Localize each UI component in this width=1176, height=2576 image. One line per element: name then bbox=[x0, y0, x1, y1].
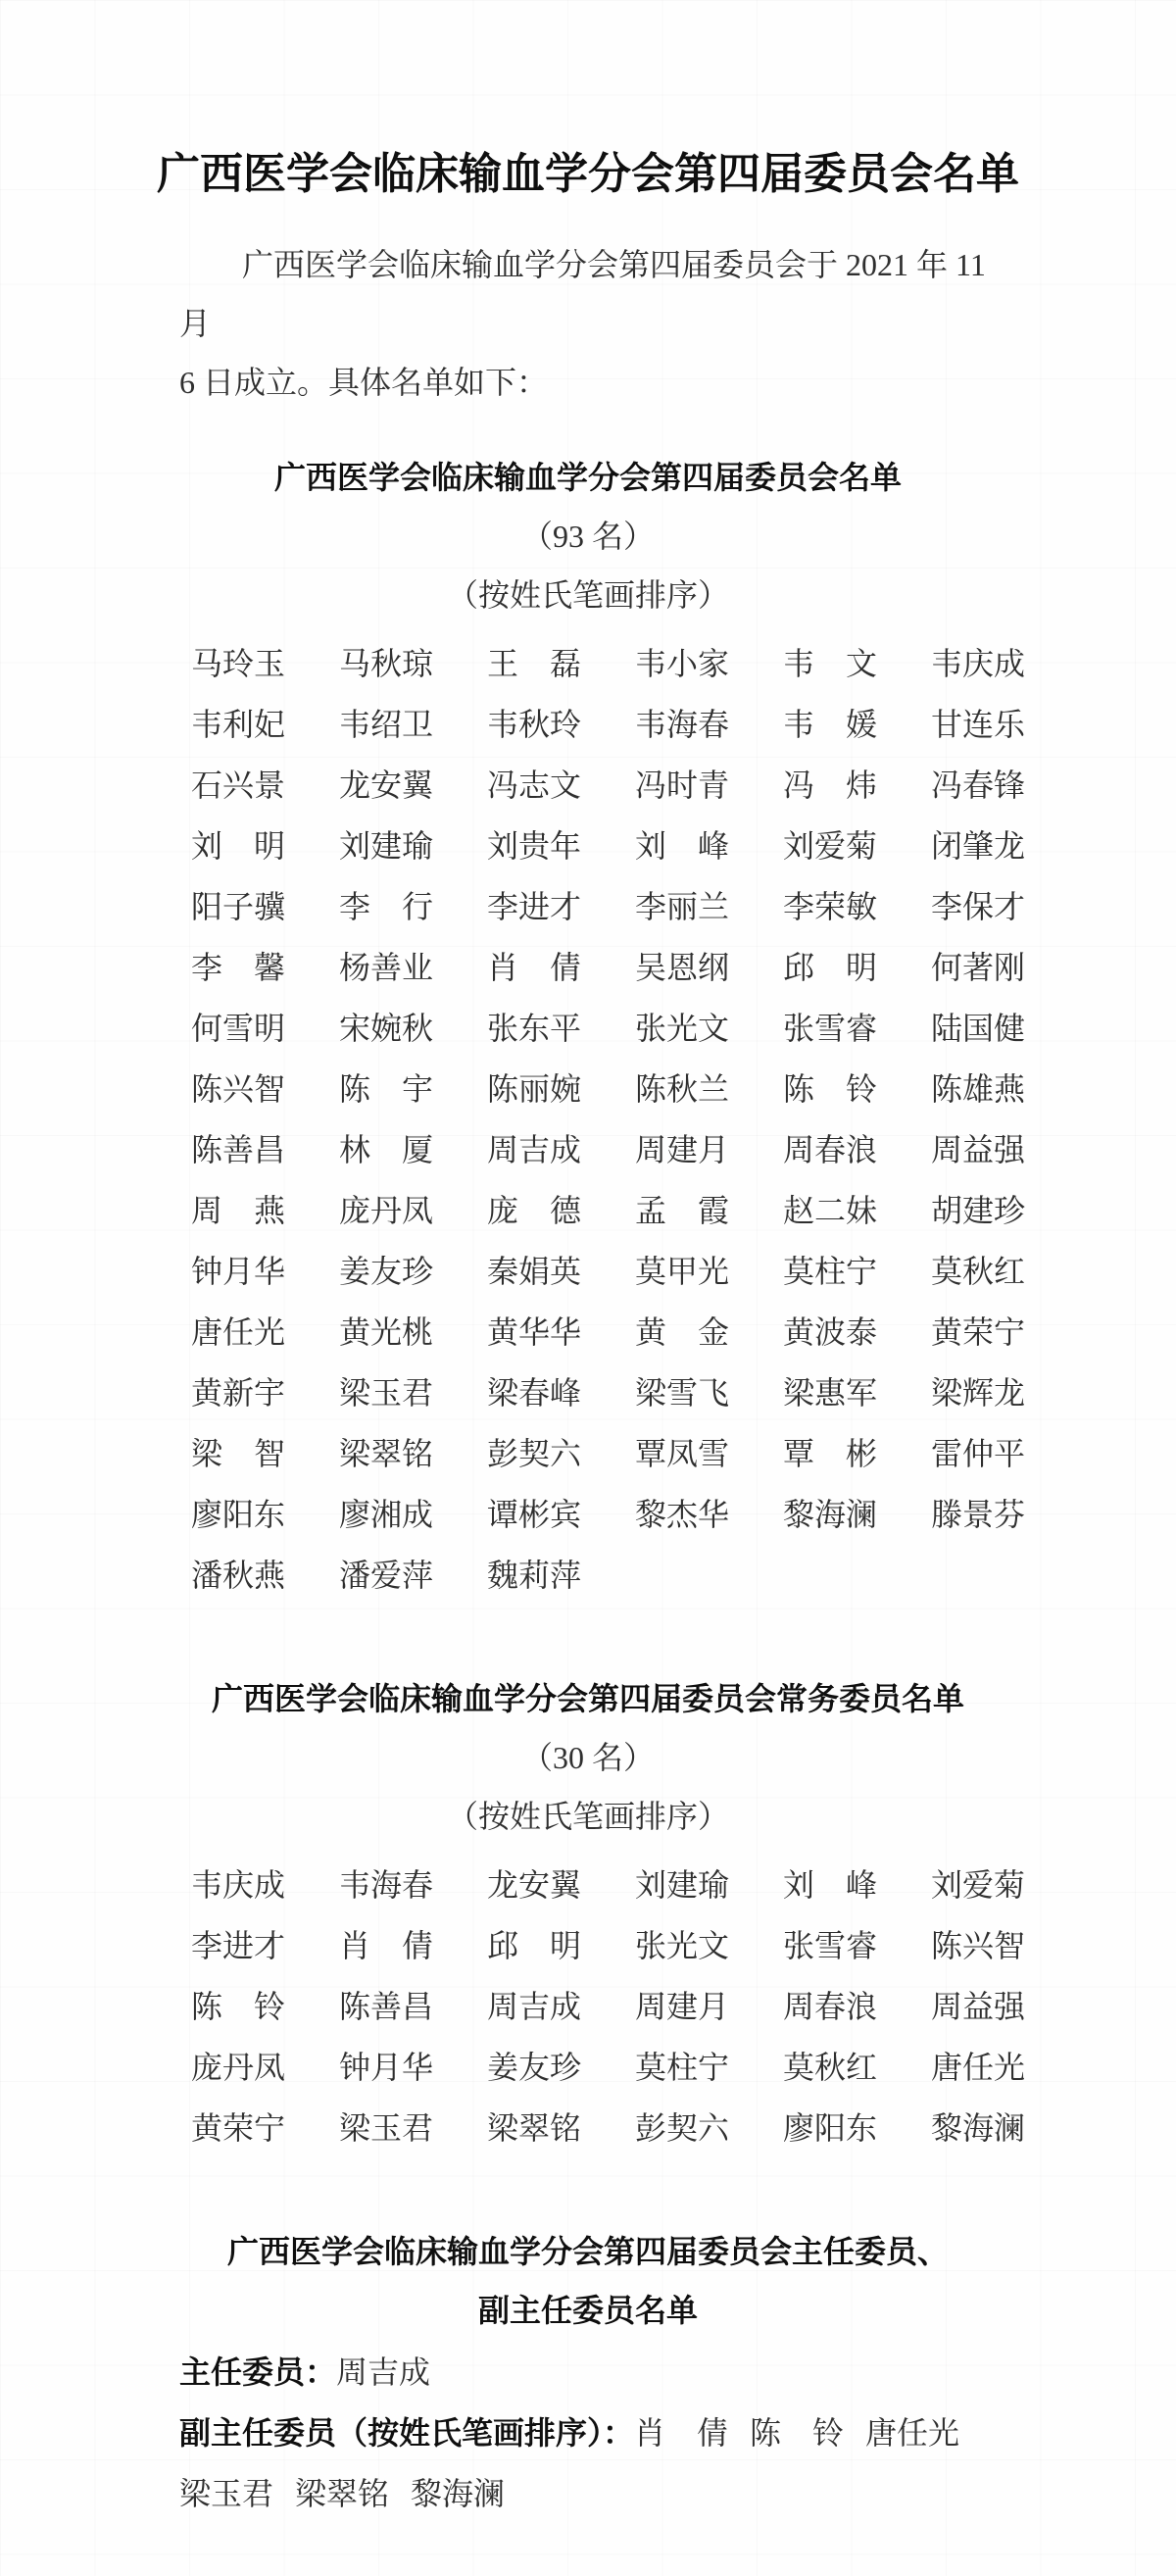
member-name: 周建月 bbox=[635, 1119, 729, 1180]
name-row: 钟月华姜友珍秦娟英莫甲光莫柱宁莫秋红 bbox=[191, 1241, 1024, 1302]
member-name: 陈 宇 bbox=[339, 1059, 433, 1119]
member-name: 莫秋红 bbox=[931, 1241, 1025, 1302]
section-leadership-header: 广西医学会临床输血学分会第四届委员会主任委员、 副主任委员名单 bbox=[0, 2222, 1176, 2340]
member-name: 宋婉秋 bbox=[339, 998, 433, 1059]
member-name: 李 行 bbox=[339, 876, 433, 937]
name-row: 陈善昌林 厦周吉成周建月周春浪周益强 bbox=[191, 1119, 1024, 1180]
member-name: 陈兴智 bbox=[931, 1915, 1025, 1976]
member-name: 黄光桃 bbox=[339, 1302, 433, 1362]
member-count: （30 名） bbox=[0, 1728, 1176, 1787]
name-row: 周 燕庞丹凤庞 德孟 霞赵二妹胡建珍 bbox=[191, 1180, 1024, 1241]
member-name: 周 燕 bbox=[191, 1180, 285, 1241]
member-name: 韦庆成 bbox=[191, 1855, 285, 1915]
member-name: 王 磊 bbox=[487, 633, 581, 694]
member-name: 冯 炜 bbox=[783, 755, 877, 816]
member-name: 龙安翼 bbox=[487, 1855, 581, 1915]
chair-line: 主任委员：周吉成 bbox=[179, 2342, 1078, 2403]
member-name: 陈雄燕 bbox=[931, 1059, 1025, 1119]
member-name: 周建月 bbox=[635, 1976, 729, 2037]
member-name: 胡建珍 bbox=[931, 1180, 1025, 1241]
member-name: 张光文 bbox=[635, 1915, 729, 1976]
member-name: 廖湘成 bbox=[339, 1484, 433, 1545]
member-name: 陈善昌 bbox=[339, 1976, 433, 2037]
member-name: 韦庆成 bbox=[931, 633, 1025, 694]
member-name: 陈秋兰 bbox=[635, 1059, 729, 1119]
member-name: 刘贵年 bbox=[487, 816, 581, 876]
member-name: 梁翠铭 bbox=[487, 2098, 581, 2158]
member-name: 魏莉萍 bbox=[487, 1545, 581, 1606]
member-name: 梁玉君 bbox=[339, 1362, 433, 1423]
name-row: 唐任光黄光桃黄华华黄 金黄波泰黄荣宁 bbox=[191, 1302, 1024, 1362]
member-name: 韦 文 bbox=[783, 633, 877, 694]
member-name: 阳子骥 bbox=[191, 876, 285, 937]
name-row: 石兴景龙安翼冯志文冯时青冯 炜冯春锋 bbox=[191, 755, 1024, 816]
section-heading-line-1: 广西医学会临床输血学分会第四届委员会主任委员、 bbox=[0, 2222, 1176, 2281]
section-heading: 广西医学会临床输血学分会第四届委员会常务委员名单 bbox=[0, 1669, 1176, 1728]
member-name: 石兴景 bbox=[191, 755, 285, 816]
vice-chair-label: 副主任委员（按姓氏笔画排序）： bbox=[179, 2415, 634, 2451]
member-name: 韦利妃 bbox=[191, 694, 285, 755]
name-row: 韦庆成韦海春龙安翼刘建瑜刘 峰刘爱菊 bbox=[191, 1855, 1024, 1915]
member-name: 周益强 bbox=[931, 1976, 1025, 2037]
member-name: 钟月华 bbox=[339, 2037, 433, 2098]
name-row: 何雪明宋婉秋张东平张光文张雪睿陆国健 bbox=[191, 998, 1024, 1059]
name-row: 阳子骥李 行李进才李丽兰李荣敏李保才 bbox=[191, 876, 1024, 937]
member-name: 张雪睿 bbox=[783, 1915, 877, 1976]
member-name: 黄波泰 bbox=[783, 1302, 877, 1362]
member-name: 梁翠铭 bbox=[339, 1423, 433, 1484]
member-name: 肖 倩 bbox=[339, 1915, 433, 1976]
member-name: 陈 铃 bbox=[783, 1059, 877, 1119]
member-name: 彭契六 bbox=[487, 1423, 581, 1484]
member-name: 潘秋燕 bbox=[191, 1545, 285, 1606]
member-name: 肖 倩 bbox=[634, 2403, 728, 2463]
member-name: 吴恩纲 bbox=[635, 937, 729, 998]
member-name: 甘连乐 bbox=[931, 694, 1025, 755]
member-name: 张东平 bbox=[487, 998, 581, 1059]
member-name: 韦秋玲 bbox=[487, 694, 581, 755]
member-name: 滕景芬 bbox=[931, 1484, 1025, 1545]
name-row: 潘秋燕潘爱萍魏莉萍 bbox=[191, 1545, 1024, 1606]
member-name: 龙安翼 bbox=[339, 755, 433, 816]
member-name: 陈兴智 bbox=[191, 1059, 285, 1119]
member-name: 廖阳东 bbox=[191, 1484, 285, 1545]
member-name: 梁雪飞 bbox=[635, 1362, 729, 1423]
member-name: 刘爱菊 bbox=[783, 816, 877, 876]
section-heading: 广西医学会临床输血学分会第四届委员会名单 bbox=[0, 448, 1176, 507]
member-name: 何著刚 bbox=[931, 937, 1025, 998]
member-name: 梁翠铭 bbox=[295, 2463, 389, 2524]
member-name: 冯志文 bbox=[487, 755, 581, 816]
member-name: 梁 智 bbox=[191, 1423, 285, 1484]
member-name: 唐任光 bbox=[931, 2037, 1025, 2098]
section-full-committee-header: 广西医学会临床输血学分会第四届委员会名单 （93 名） （按姓氏笔画排序） bbox=[0, 448, 1176, 624]
member-name: 姜友珍 bbox=[339, 1241, 433, 1302]
member-name: 刘建瑜 bbox=[635, 1855, 729, 1915]
member-name: 肖 倩 bbox=[487, 937, 581, 998]
chair-name: 周吉成 bbox=[336, 2354, 430, 2390]
member-name: 孟 霞 bbox=[635, 1180, 729, 1241]
member-name: 庞丹凤 bbox=[339, 1180, 433, 1241]
member-name: 庞 德 bbox=[487, 1180, 581, 1241]
member-name: 莫柱宁 bbox=[635, 2037, 729, 2098]
member-name: 闭肇龙 bbox=[931, 816, 1025, 876]
member-name: 冯时青 bbox=[635, 755, 729, 816]
member-name: 刘 明 bbox=[191, 816, 285, 876]
name-row: 陈兴智陈 宇陈丽婉陈秋兰陈 铃陈雄燕 bbox=[191, 1059, 1024, 1119]
member-name: 赵二妹 bbox=[783, 1180, 877, 1241]
member-name: 李保才 bbox=[931, 876, 1025, 937]
member-name: 梁惠军 bbox=[783, 1362, 877, 1423]
member-name: 黎海澜 bbox=[931, 2098, 1025, 2158]
member-name: 刘建瑜 bbox=[339, 816, 433, 876]
member-name: 李进才 bbox=[191, 1915, 285, 1976]
leadership-block: 主任委员：周吉成 副主任委员（按姓氏笔画排序）：肖 倩陈 铃唐任光 梁玉君梁翠铭… bbox=[179, 2342, 1078, 2524]
member-name: 黄华华 bbox=[487, 1302, 581, 1362]
section-standing-committee-header: 广西医学会临床输血学分会第四届委员会常务委员名单 （30 名） （按姓氏笔画排序… bbox=[0, 1669, 1176, 1846]
member-name: 覃凤雪 bbox=[635, 1423, 729, 1484]
member-name: 陆国健 bbox=[931, 998, 1025, 1059]
member-name: 陈 铃 bbox=[750, 2403, 844, 2463]
member-name: 李进才 bbox=[487, 876, 581, 937]
member-name: 黎海澜 bbox=[783, 1484, 877, 1545]
member-name: 韦绍卫 bbox=[339, 694, 433, 755]
member-name: 韦小家 bbox=[635, 633, 729, 694]
member-name: 陈善昌 bbox=[191, 1119, 285, 1180]
member-name: 李丽兰 bbox=[635, 876, 729, 937]
name-row: 刘 明刘建瑜刘贵年刘 峰刘爱菊闭肇龙 bbox=[191, 816, 1024, 876]
member-name: 莫甲光 bbox=[635, 1241, 729, 1302]
member-name: 周春浪 bbox=[783, 1119, 877, 1180]
member-name: 韦海春 bbox=[635, 694, 729, 755]
member-name: 张光文 bbox=[635, 998, 729, 1059]
name-row: 黄新宇梁玉君梁春峰梁雪飞梁惠军梁辉龙 bbox=[191, 1362, 1024, 1423]
member-name: 冯春锋 bbox=[931, 755, 1025, 816]
member-name: 周春浪 bbox=[783, 1976, 877, 2037]
vice-chair-names-2: 梁玉君梁翠铭黎海澜 bbox=[179, 2463, 505, 2524]
member-name: 何雪明 bbox=[191, 998, 285, 1059]
sort-note: （按姓氏笔画排序） bbox=[0, 566, 1176, 624]
name-row: 庞丹凤钟月华姜友珍莫柱宁莫秋红唐任光 bbox=[191, 2037, 1024, 2098]
member-name: 张雪睿 bbox=[783, 998, 877, 1059]
member-count: （93 名） bbox=[0, 507, 1176, 566]
member-name: 林 厦 bbox=[339, 1119, 433, 1180]
member-name: 杨善业 bbox=[339, 937, 433, 998]
member-name: 马玲玉 bbox=[191, 633, 285, 694]
member-name: 梁春峰 bbox=[487, 1362, 581, 1423]
member-name: 马秋琼 bbox=[339, 633, 433, 694]
member-name: 周吉成 bbox=[487, 1976, 581, 2037]
member-name: 潘爱萍 bbox=[339, 1545, 433, 1606]
vice-chair-names-1: 肖 倩陈 铃唐任光 bbox=[634, 2403, 959, 2463]
intro-line-1: 广西医学会临床输血学分会第四届委员会于 2021 年 11 月 bbox=[179, 235, 997, 353]
member-name: 梁玉君 bbox=[179, 2463, 273, 2524]
member-name: 彭契六 bbox=[635, 2098, 729, 2158]
name-row: 李进才肖 倩邱 明张光文张雪睿陈兴智 bbox=[191, 1915, 1024, 1976]
intro-paragraph: 广西医学会临床输血学分会第四届委员会于 2021 年 11 月 6 日成立。具体… bbox=[179, 235, 997, 412]
name-row: 陈 铃陈善昌周吉成周建月周春浪周益强 bbox=[191, 1976, 1024, 2037]
sort-note: （按姓氏笔画排序） bbox=[0, 1787, 1176, 1846]
member-name: 刘 峰 bbox=[635, 816, 729, 876]
member-name: 李 馨 bbox=[191, 937, 285, 998]
page-title: 广西医学会临床输血学分会第四届委员会名单 bbox=[0, 153, 1176, 196]
member-name: 邱 明 bbox=[783, 937, 877, 998]
member-name: 周益强 bbox=[931, 1119, 1025, 1180]
name-row: 黄荣宁梁玉君梁翠铭彭契六廖阳东黎海澜 bbox=[191, 2098, 1024, 2158]
chair-label: 主任委员： bbox=[179, 2354, 336, 2390]
member-name: 陈 铃 bbox=[191, 1976, 285, 2037]
standing-committee-name-grid: 韦庆成韦海春龙安翼刘建瑜刘 峰刘爱菊李进才肖 倩邱 明张光文张雪睿陈兴智陈 铃陈… bbox=[191, 1855, 1024, 2158]
member-name: 莫柱宁 bbox=[783, 1241, 877, 1302]
member-name: 黄荣宁 bbox=[191, 2098, 285, 2158]
intro-line-2: 6 日成立。具体名单如下： bbox=[179, 365, 548, 400]
member-name: 李荣敏 bbox=[783, 876, 877, 937]
member-name: 周吉成 bbox=[487, 1119, 581, 1180]
member-name: 韦海春 bbox=[339, 1855, 433, 1915]
member-name: 钟月华 bbox=[191, 1241, 285, 1302]
member-name: 姜友珍 bbox=[487, 2037, 581, 2098]
member-name: 黄新宇 bbox=[191, 1362, 285, 1423]
member-name: 黄 金 bbox=[635, 1302, 729, 1362]
member-name: 秦娟英 bbox=[487, 1241, 581, 1302]
name-row: 李 馨杨善业肖 倩吴恩纲邱 明何著刚 bbox=[191, 937, 1024, 998]
member-name: 韦 媛 bbox=[783, 694, 877, 755]
member-name: 廖阳东 bbox=[783, 2098, 877, 2158]
member-name: 黄荣宁 bbox=[931, 1302, 1025, 1362]
member-name: 唐任光 bbox=[191, 1302, 285, 1362]
name-row: 韦利妃韦绍卫韦秋玲韦海春韦 媛甘连乐 bbox=[191, 694, 1024, 755]
member-name: 覃 彬 bbox=[783, 1423, 877, 1484]
vice-chair-line-1: 副主任委员（按姓氏笔画排序）：肖 倩陈 铃唐任光 bbox=[179, 2403, 1078, 2463]
full-committee-name-grid: 马玲玉马秋琼王 磊韦小家韦 文韦庆成韦利妃韦绍卫韦秋玲韦海春韦 媛甘连乐石兴景龙… bbox=[191, 633, 1024, 1606]
member-name: 陈丽婉 bbox=[487, 1059, 581, 1119]
section-heading-line-2: 副主任委员名单 bbox=[0, 2281, 1176, 2340]
member-name: 唐任光 bbox=[865, 2403, 959, 2463]
member-name: 雷仲平 bbox=[931, 1423, 1025, 1484]
name-row: 马玲玉马秋琼王 磊韦小家韦 文韦庆成 bbox=[191, 633, 1024, 694]
member-name: 莫秋红 bbox=[783, 2037, 877, 2098]
vice-chair-line-2: 梁玉君梁翠铭黎海澜 bbox=[179, 2463, 1078, 2524]
document-page: 广西医学会临床输血学分会第四届委员会名单 广西医学会临床输血学分会第四届委员会于… bbox=[0, 0, 1176, 2576]
member-name: 谭彬宾 bbox=[487, 1484, 581, 1545]
member-name: 刘 峰 bbox=[783, 1855, 877, 1915]
member-name: 梁辉龙 bbox=[931, 1362, 1025, 1423]
member-name: 梁玉君 bbox=[339, 2098, 433, 2158]
member-name: 邱 明 bbox=[487, 1915, 581, 1976]
member-name: 刘爱菊 bbox=[931, 1855, 1025, 1915]
name-row: 梁 智梁翠铭彭契六覃凤雪覃 彬雷仲平 bbox=[191, 1423, 1024, 1484]
member-name: 黎海澜 bbox=[411, 2463, 505, 2524]
member-name: 庞丹凤 bbox=[191, 2037, 285, 2098]
member-name: 黎杰华 bbox=[635, 1484, 729, 1545]
name-row: 廖阳东廖湘成谭彬宾黎杰华黎海澜滕景芬 bbox=[191, 1484, 1024, 1545]
